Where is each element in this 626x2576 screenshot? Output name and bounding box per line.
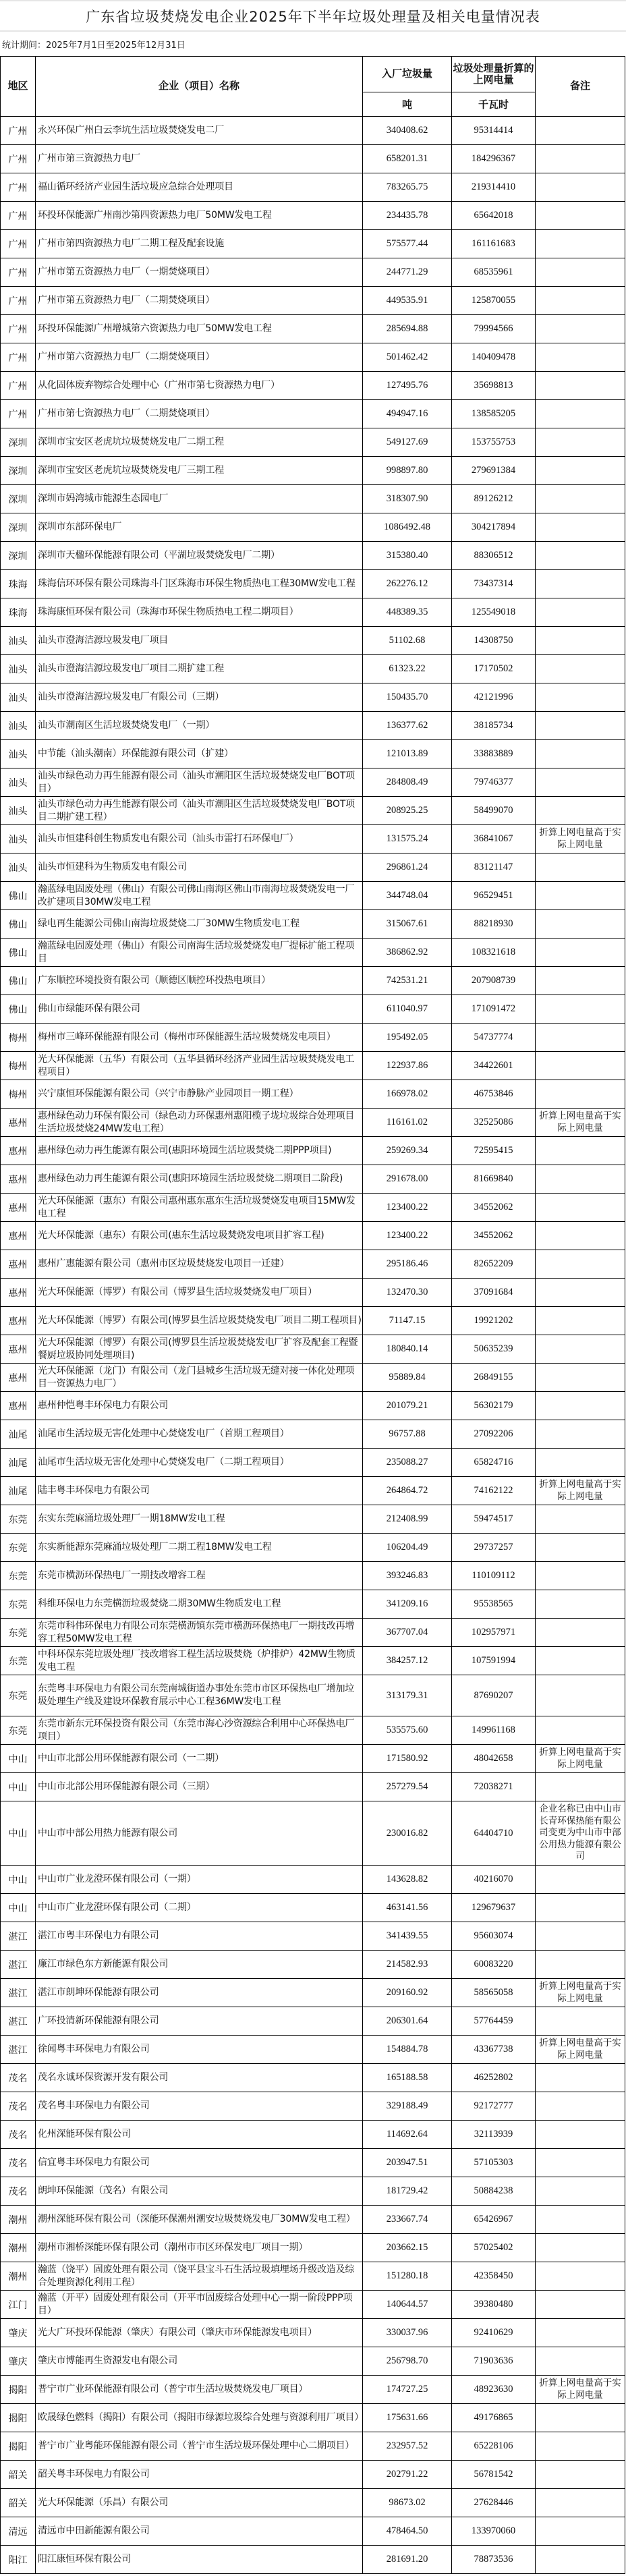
- enterprise-name-cell: 汕头市潮南区生活垃圾焚烧发电厂（一期）: [36, 712, 363, 740]
- grid-power-cell: 17170502: [452, 655, 536, 683]
- spreadsheet: 广东省垃圾焚烧发电企业2025年下半年垃圾处理量及相关电量情况表 统计期间：20…: [0, 0, 626, 2574]
- waste-tonnage-cell: 136377.62: [363, 712, 452, 740]
- region-cell: 东莞: [1, 1505, 36, 1534]
- remark-cell: [536, 1137, 625, 1165]
- enterprise-name-cell: 深圳市宝安区老虎坑垃圾焚烧发电厂三期工程: [36, 457, 363, 485]
- remark-cell: [536, 2404, 625, 2432]
- grid-power-cell: 50635239: [452, 1335, 536, 1364]
- enterprise-name-cell: 潮州市湘桥深能环保有限公司（潮州市市区环保发电厂项目一期）: [36, 2234, 363, 2262]
- enterprise-name-cell: 茂名永诚环保资源开发有限公司: [36, 2064, 363, 2092]
- waste-tonnage-cell: 330037.96: [363, 2319, 452, 2347]
- grid-power-cell: 149961168: [452, 1716, 536, 1745]
- region-cell: 惠州: [1, 1335, 36, 1364]
- enterprise-name-cell: 中山市广业龙澄环保有限公司（二期）: [36, 1894, 363, 1922]
- waste-tonnage-cell: 658201.31: [363, 145, 452, 173]
- remark-cell: [536, 1773, 625, 1801]
- region-cell: 东莞: [1, 1590, 36, 1619]
- waste-tonnage-cell: 201079.21: [363, 1392, 452, 1420]
- enterprise-name-cell: 中山市广业龙澄环保有限公司（一期）: [36, 1866, 363, 1894]
- region-cell: 广州: [1, 372, 36, 400]
- waste-tonnage-cell: 535575.60: [363, 1716, 452, 1745]
- table-row: 汕头汕头市澄海洁源垃圾发电厂有限公司（三期）150435.7042121996: [1, 683, 625, 712]
- table-row: 湛江徐闻粤丰环保电力有限公司154884.7843367738折算上网电量高于实…: [1, 2036, 625, 2064]
- enterprise-name-cell: 光大环保能源（惠东）有限公司惠州惠东惠东生活垃圾焚烧发电项目15MW发电工程: [36, 1194, 363, 1222]
- waste-tonnage-cell: 214582.93: [363, 1951, 452, 1979]
- grid-power-cell: 48923630: [452, 2376, 536, 2404]
- waste-tonnage-cell: 143628.82: [363, 1866, 452, 1894]
- remark-cell: 折算上网电量高于实际上网电量: [536, 2036, 625, 2064]
- waste-tonnage-cell: 98673.02: [363, 2489, 452, 2517]
- remark-cell: [536, 2177, 625, 2206]
- remark-cell: [536, 2149, 625, 2177]
- region-cell: 广州: [1, 287, 36, 315]
- table-row: 潮州潮州深能环保有限公司（深能环保潮州潮安垃圾焚烧发电厂30MW发电工程）233…: [1, 2206, 625, 2234]
- grid-power-cell: 74162122: [452, 1477, 536, 1505]
- table-row: 揭阳普宁市广业环保能源有限公司（普宁市生活垃圾焚烧发电厂项目）174727.25…: [1, 2376, 625, 2404]
- enterprise-name-cell: 韶关粤丰环保电力有限公司: [36, 2461, 363, 2489]
- remark-cell: [536, 287, 625, 315]
- region-cell: 惠州: [1, 1250, 36, 1279]
- grid-power-cell: 56781542: [452, 2461, 536, 2489]
- waste-tonnage-cell: 181729.42: [363, 2177, 452, 2206]
- remark-cell: [536, 1335, 625, 1364]
- enterprise-name-cell: 环投环保能源广州南沙第四资源热力电厂50MW发电工程: [36, 202, 363, 230]
- remark-cell: 折算上网电量高于实际上网电量: [536, 1477, 625, 1505]
- remark-cell: [536, 1250, 625, 1279]
- region-cell: 广州: [1, 230, 36, 258]
- table-row: 佛山瀚蓝绿电固废处理（佛山）有限公司南海生活垃圾焚烧发电厂提标扩能工程项目386…: [1, 939, 625, 967]
- grid-power-cell: 19921202: [452, 1307, 536, 1335]
- region-cell: 佛山: [1, 939, 36, 967]
- grid-power-cell: 65426967: [452, 2206, 536, 2234]
- waste-tonnage-cell: 295186.46: [363, 1250, 452, 1279]
- grid-power-cell: 133970060: [452, 2517, 536, 2546]
- enterprise-name-cell: 汕头市澄海洁源垃圾发电厂有限公司（三期）: [36, 683, 363, 712]
- waste-tonnage-cell: 448389.35: [363, 598, 452, 627]
- enterprise-name-cell: 光大环保能源（乐昌）有限公司: [36, 2489, 363, 2517]
- enterprise-name-cell: 深圳市宝安区老虎坑垃圾焚烧发电厂二期工程: [36, 428, 363, 457]
- waste-tonnage-cell: 284808.49: [363, 768, 452, 797]
- enterprise-name-cell: 肇庆市博能再生资源发电有限公司: [36, 2347, 363, 2376]
- enterprise-name-cell: 普宁市广业粤能环保能源有限公司（普宁市生活垃圾环保处理中心二期项目）: [36, 2432, 363, 2461]
- grid-power-cell: 48042658: [452, 1745, 536, 1773]
- table-row: 深圳深圳市宝安区老虎坑垃圾焚烧发电厂二期工程549127.69153755753: [1, 428, 625, 457]
- grid-power-cell: 95314414: [452, 117, 536, 145]
- table-row: 广州从化固体废弃物综合处理中心（广州市第七资源热力电厂）127495.76356…: [1, 372, 625, 400]
- remark-cell: [536, 1024, 625, 1052]
- table-row: 潮州潮州市湘桥深能环保有限公司（潮州市市区环保发电厂项目一期）203662.15…: [1, 2234, 625, 2262]
- enterprise-name-cell: 徐闻粤丰环保电力有限公司: [36, 2036, 363, 2064]
- grid-power-cell: 26849155: [452, 1364, 536, 1392]
- region-cell: 广州: [1, 343, 36, 372]
- enterprise-name-cell: 光大环保能源（博罗）有限公司(博罗县生活垃圾焚烧发电厂项目二期工程项目): [36, 1307, 363, 1335]
- table-row: 惠州光大环保能源（博罗）有限公司(博罗县生活垃圾焚烧发电厂项目二期工程项目)71…: [1, 1307, 625, 1335]
- grid-power-cell: 32525086: [452, 1109, 536, 1137]
- table-row: 茂名朗坤环保能源（茂名）有限公司181729.4250884238: [1, 2177, 625, 2206]
- waste-tonnage-cell: 244771.29: [363, 258, 452, 287]
- grid-power-cell: 57764459: [452, 2007, 536, 2036]
- remark-cell: [536, 1534, 625, 1562]
- enterprise-name-cell: 光大环保能源（五华）有限公司（五华县循环经济产业园生活垃圾焚烧发电工程项目）: [36, 1052, 363, 1080]
- waste-tonnage-cell: 449535.91: [363, 287, 452, 315]
- region-cell: 惠州: [1, 1165, 36, 1194]
- grid-power-cell: 57105303: [452, 2149, 536, 2177]
- remark-cell: [536, 117, 625, 145]
- enterprise-name-cell: 光大环保能源（龙门）有限公司（龙门县城乡生活垃圾无缝对接一体化处理项目一资源热力…: [36, 1364, 363, 1392]
- waste-tonnage-cell: 174727.25: [363, 2376, 452, 2404]
- region-cell: 深圳: [1, 485, 36, 513]
- region-cell: 东莞: [1, 1619, 36, 1647]
- enterprise-name-cell: 广州市第三资源热力电厂: [36, 145, 363, 173]
- enterprise-name-cell: 惠州绿色动力再生能源有限公司(惠阳环境园生活垃圾焚烧二期PPP项目): [36, 1137, 363, 1165]
- table-row: 东莞东莞粤丰环保电力有限公司东莞南城街道办事处东莞市市区环保热电厂增加垃圾处理生…: [1, 1675, 625, 1716]
- waste-tonnage-cell: 71147.15: [363, 1307, 452, 1335]
- grid-power-cell: 37091684: [452, 1279, 536, 1307]
- region-cell: 茂名: [1, 2177, 36, 2206]
- waste-tonnage-cell: 611040.97: [363, 995, 452, 1024]
- waste-tonnage-cell: 132470.30: [363, 1279, 452, 1307]
- table-row: 东莞中科环保东莞垃圾处理厂技改增容工程生活垃圾焚烧（炉排炉）42MW生物质发电工…: [1, 1647, 625, 1675]
- waste-tonnage-cell: 232957.52: [363, 2432, 452, 2461]
- table-row: 珠海珠海康恒环保有限公司（珠海市环保生物质热电工程二期项目）448389.351…: [1, 598, 625, 627]
- grid-power-cell: 92172777: [452, 2092, 536, 2121]
- enterprise-name-cell: 梅州市三峰环保能源有限公司（梅州市环保能源生活垃圾焚烧发电项目）: [36, 1024, 363, 1052]
- waste-tonnage-cell: 291678.00: [363, 1165, 452, 1194]
- enterprise-name-cell: 瀚蓝绿电固废处理（佛山）有限公司佛山南海区佛山市南海垃圾焚烧发电一厂改扩建项目3…: [36, 882, 363, 910]
- region-cell: 汕头: [1, 627, 36, 655]
- period-row: 统计期间：2025年7月1日至2025年12月31日: [0, 32, 626, 56]
- table-row: 广州广州市第六资源热力电厂（二期焚烧项目）501462.42140409478: [1, 343, 625, 372]
- header-region: 地区: [1, 57, 36, 117]
- grid-power-cell: 72595415: [452, 1137, 536, 1165]
- grid-power-cell: 125870055: [452, 287, 536, 315]
- enterprise-name-cell: 广州市第四资源热力电厂二期工程及配套设施: [36, 230, 363, 258]
- table-row: 深圳深圳市妈湾城市能源生态园电厂318307.9089126212: [1, 485, 625, 513]
- grid-power-cell: 92410629: [452, 2319, 536, 2347]
- remark-cell: [536, 1222, 625, 1250]
- table-row: 东莞东实新能源东莞麻涌垃圾处理厂二期工程18MW发电工程106204.49297…: [1, 1534, 625, 1562]
- table-row: 东莞东莞市横沥环保热电厂一期技改增容工程393246.83110109112: [1, 1562, 625, 1590]
- remark-cell: [536, 372, 625, 400]
- region-cell: 东莞: [1, 1534, 36, 1562]
- table-row: 汕尾汕尾市生活垃圾无害化处理中心焚烧发电厂（二期工程项目）235088.2765…: [1, 1449, 625, 1477]
- enterprise-name-cell: 深圳市天楹环保能源有限公司（平湖垃圾焚烧发电厂二期）: [36, 542, 363, 570]
- waste-tonnage-cell: 367707.04: [363, 1619, 452, 1647]
- remark-cell: [536, 230, 625, 258]
- header-waste: 入厂垃圾量: [363, 57, 452, 92]
- grid-power-cell: 304217894: [452, 513, 536, 542]
- remark-cell: [536, 939, 625, 967]
- grid-power-cell: 33883889: [452, 740, 536, 768]
- table-row: 梅州梅州市三峰环保能源有限公司（梅州市环保能源生活垃圾焚烧发电项目）195492…: [1, 1024, 625, 1052]
- enterprise-name-cell: 陆丰粤丰环保电力有限公司: [36, 1477, 363, 1505]
- grid-power-cell: 58499070: [452, 797, 536, 825]
- waste-tonnage-cell: 171580.92: [363, 1745, 452, 1773]
- remark-cell: [536, 1675, 625, 1716]
- enterprise-name-cell: 绿电再生能源公司佛山南海垃圾焚烧二厂30MW生物质发电工程: [36, 910, 363, 939]
- region-cell: 揭阳: [1, 2376, 36, 2404]
- header-name: 企业（项目）名称: [36, 57, 363, 117]
- region-cell: 惠州: [1, 1109, 36, 1137]
- waste-tonnage-cell: 313179.31: [363, 1675, 452, 1716]
- region-cell: 湛江: [1, 1951, 36, 1979]
- region-cell: 惠州: [1, 1137, 36, 1165]
- enterprise-name-cell: 清远市中田新能源有限公司: [36, 2517, 363, 2546]
- waste-tonnage-cell: 549127.69: [363, 428, 452, 457]
- enterprise-name-cell: 广环投清新环保能源有限公司: [36, 2007, 363, 2036]
- region-cell: 东莞: [1, 1647, 36, 1675]
- waste-tonnage-cell: 114692.64: [363, 2121, 452, 2149]
- remark-cell: [536, 173, 625, 202]
- remark-cell: [536, 882, 625, 910]
- region-cell: 茂名: [1, 2092, 36, 2121]
- remark-cell: [536, 598, 625, 627]
- table-row: 惠州惠州广惠能源有限公司（惠州市区垃圾焚烧发电项目一迁建）295186.4682…: [1, 1250, 625, 1279]
- waste-tonnage-cell: 195492.05: [363, 1024, 452, 1052]
- grid-power-cell: 34552062: [452, 1222, 536, 1250]
- waste-tonnage-cell: 315067.61: [363, 910, 452, 939]
- waste-tonnage-cell: 230016.82: [363, 1801, 452, 1866]
- enterprise-name-cell: 深圳市妈湾城市能源生态园电厂: [36, 485, 363, 513]
- remark-cell: [536, 1866, 625, 1894]
- region-cell: 汕头: [1, 853, 36, 882]
- region-cell: 揭阳: [1, 2404, 36, 2432]
- remark-cell: [536, 570, 625, 598]
- enterprise-name-cell: 惠州绿色动力再生能源有限公司(惠阳环境园生活垃圾焚烧二期项目二阶段): [36, 1165, 363, 1194]
- waste-tonnage-cell: 203662.15: [363, 2234, 452, 2262]
- header-power: 垃圾处理量折算的上网电量: [452, 57, 536, 92]
- enterprise-name-cell: 惠州仲恺粤丰环保电力有限公司: [36, 1392, 363, 1420]
- grid-power-cell: 140409478: [452, 343, 536, 372]
- remark-cell: [536, 2461, 625, 2489]
- enterprise-name-cell: 环投环保能源广州增城第六资源热力电厂50MW发电工程: [36, 315, 363, 343]
- remark-cell: [536, 1279, 625, 1307]
- table-row: 茂名茂名粤丰环保电力有限公司329188.4992172777: [1, 2092, 625, 2121]
- waste-tonnage-cell: 203947.51: [363, 2149, 452, 2177]
- remark-cell: [536, 627, 625, 655]
- waste-tonnage-cell: 206301.64: [363, 2007, 452, 2036]
- grid-power-cell: 27092206: [452, 1420, 536, 1449]
- table-row: 肇庆肇庆市博能再生资源发电有限公司256798.7071903636: [1, 2347, 625, 2376]
- grid-power-cell: 73437314: [452, 570, 536, 598]
- grid-power-cell: 87690207: [452, 1675, 536, 1716]
- region-cell: 韶关: [1, 2461, 36, 2489]
- waste-tonnage-cell: 393246.83: [363, 1562, 452, 1590]
- enterprise-name-cell: 汕头市绿色动力再生能源有限公司（汕头市潮阳区生活垃圾焚烧发电厂BOT项目）: [36, 768, 363, 797]
- remark-cell: [536, 995, 625, 1024]
- remark-cell: [536, 2489, 625, 2517]
- waste-tonnage-cell: 106204.49: [363, 1534, 452, 1562]
- waste-tonnage-cell: 234435.78: [363, 202, 452, 230]
- enterprise-name-cell: 汕尾市生活垃圾无害化处理中心焚烧发电厂（首期工程项目）: [36, 1420, 363, 1449]
- remark-cell: [536, 1392, 625, 1420]
- waste-tonnage-cell: 281691.20: [363, 2546, 452, 2574]
- waste-tonnage-cell: 209160.92: [363, 1979, 452, 2007]
- enterprise-name-cell: 汕头市澄海洁源垃圾发电厂项目: [36, 627, 363, 655]
- enterprise-name-cell: 湛江市朗坤环保能源有限公司: [36, 1979, 363, 2007]
- region-cell: 惠州: [1, 1194, 36, 1222]
- table-row: 佛山瀚蓝绿电固废处理（佛山）有限公司佛山南海区佛山市南海垃圾焚烧发电一厂改扩建项…: [1, 882, 625, 910]
- waste-tonnage-cell: 166978.02: [363, 1080, 452, 1109]
- region-cell: 广州: [1, 145, 36, 173]
- waste-tonnage-cell: 1086492.48: [363, 513, 452, 542]
- remark-cell: [536, 542, 625, 570]
- waste-tonnage-cell: 340408.62: [363, 117, 452, 145]
- grid-power-cell: 50884238: [452, 2177, 536, 2206]
- remark-cell: [536, 2262, 625, 2291]
- region-cell: 深圳: [1, 428, 36, 457]
- region-cell: 佛山: [1, 967, 36, 995]
- remark-cell: [536, 2234, 625, 2262]
- grid-power-cell: 27628446: [452, 2489, 536, 2517]
- remark-cell: [536, 768, 625, 797]
- waste-tonnage-cell: 501462.42: [363, 343, 452, 372]
- enterprise-name-cell: 广州市第六资源热力电厂（二期焚烧项目）: [36, 343, 363, 372]
- enterprise-name-cell: 东实东莞麻涌垃圾处理厂一期18MW发电工程: [36, 1505, 363, 1534]
- enterprise-name-cell: 兴宁康恒环保能源有限公司（兴宁市静脉产业园项目一期工程）: [36, 1080, 363, 1109]
- region-cell: 阳江: [1, 2546, 36, 2574]
- remark-cell: [536, 740, 625, 768]
- table-row: 惠州光大环保能源（龙门）有限公司（龙门县城乡生活垃圾无缝对接一体化处理项目一资源…: [1, 1364, 625, 1392]
- enterprise-name-cell: 东莞市科伟环保电力有限公司东莞横沥镇东莞市横沥环保热电厂一期技改再增容工程50M…: [36, 1619, 363, 1647]
- remark-cell: [536, 1449, 625, 1477]
- table-row: 江门瀚蓝（开平）固废处理有限公司（开平市固废综合处理中心一期一阶段PPP项目）1…: [1, 2291, 625, 2319]
- remark-cell: [536, 2121, 625, 2149]
- grid-power-cell: 59474517: [452, 1505, 536, 1534]
- table-row: 广州环投环保能源广州增城第六资源热力电厂50MW发电工程285694.88799…: [1, 315, 625, 343]
- enterprise-name-cell: 深圳市东部环保电厂: [36, 513, 363, 542]
- region-cell: 汕头: [1, 825, 36, 853]
- grid-power-cell: 65228106: [452, 2432, 536, 2461]
- waste-tonnage-cell: 154884.78: [363, 2036, 452, 2064]
- grid-power-cell: 38185734: [452, 712, 536, 740]
- grid-power-cell: 46252802: [452, 2064, 536, 2092]
- region-cell: 潮州: [1, 2206, 36, 2234]
- waste-tonnage-cell: 783265.75: [363, 173, 452, 202]
- table-row: 广州广州市第五资源热力电厂（一期焚烧项目）244771.2968535961: [1, 258, 625, 287]
- remark-cell: [536, 2092, 625, 2121]
- remark-cell: 折算上网电量高于实际上网电量: [536, 1745, 625, 1773]
- region-cell: 梅州: [1, 1052, 36, 1080]
- waste-tonnage-cell: 478464.50: [363, 2517, 452, 2546]
- region-cell: 潮州: [1, 2262, 36, 2291]
- region-cell: 广州: [1, 173, 36, 202]
- remark-cell: [536, 400, 625, 428]
- waste-tonnage-cell: 296861.24: [363, 853, 452, 882]
- remark-cell: [536, 712, 625, 740]
- grid-power-cell: 54737774: [452, 1024, 536, 1052]
- remark-cell: [536, 967, 625, 995]
- enterprise-name-cell: 瀚蓝（饶平）固废处理有限公司（饶平县宝斗石生活垃圾填埋场升级改造及综合处理资源化…: [36, 2262, 363, 2291]
- region-cell: 汕头: [1, 712, 36, 740]
- enterprise-name-cell: 福山循环经济产业园生活垃圾应急综合处理项目: [36, 173, 363, 202]
- enterprise-name-cell: 光大广环投环保能源（肇庆）有限公司（肇庆市环保能源发电项目）: [36, 2319, 363, 2347]
- table-row: 阳江阳江康恒环保有限公司281691.2078873536: [1, 2546, 625, 2574]
- enterprise-name-cell: 光大环保能源（惠东）有限公司(惠东生活垃圾焚烧发电项目扩容工程): [36, 1222, 363, 1250]
- waste-tonnage-cell: 386862.92: [363, 939, 452, 967]
- title-row: 广东省垃圾焚烧发电企业2025年下半年垃圾处理量及相关电量情况表: [0, 0, 626, 32]
- waste-tonnage-cell: 127495.76: [363, 372, 452, 400]
- remark-cell: [536, 2546, 625, 2574]
- enterprise-name-cell: 汕头市绿色动力再生能源有限公司（汕头市潮阳区生活垃圾焚烧发电厂BOT项目二期扩建…: [36, 797, 363, 825]
- enterprise-name-cell: 阳江康恒环保有限公司: [36, 2546, 363, 2574]
- waste-tonnage-cell: 315380.40: [363, 542, 452, 570]
- grid-power-cell: 207908739: [452, 967, 536, 995]
- waste-tonnage-cell: 262276.12: [363, 570, 452, 598]
- header-waste-unit: 吨: [363, 92, 452, 117]
- enterprise-name-cell: 汕头市恒建科为生物质发电有限公司: [36, 853, 363, 882]
- remark-cell: [536, 683, 625, 712]
- grid-power-cell: 65642018: [452, 202, 536, 230]
- waste-tonnage-cell: 341439.55: [363, 1922, 452, 1951]
- table-row: 深圳深圳市宝安区老虎坑垃圾焚烧发电厂三期工程998897.80279691384: [1, 457, 625, 485]
- table-row: 湛江广环投清新环保能源有限公司206301.6457764459: [1, 2007, 625, 2036]
- remark-cell: [536, 457, 625, 485]
- waste-tonnage-cell: 742531.21: [363, 967, 452, 995]
- grid-power-cell: 95603074: [452, 1922, 536, 1951]
- enterprise-name-cell: 珠海康恒环保有限公司（珠海市环保生物质热电工程二期项目）: [36, 598, 363, 627]
- table-row: 中山中山市广业龙澄环保有限公司（一期）143628.8240216070: [1, 1866, 625, 1894]
- enterprise-name-cell: 惠州广惠能源有限公司（惠州市区垃圾焚烧发电项目一迁建）: [36, 1250, 363, 1279]
- waste-tonnage-cell: 212408.99: [363, 1505, 452, 1534]
- remark-cell: [536, 1951, 625, 1979]
- grid-power-cell: 88306512: [452, 542, 536, 570]
- waste-tonnage-cell: 257279.54: [363, 1773, 452, 1801]
- enterprise-name-cell: 广州市第七资源热力电厂（二期焚烧项目）: [36, 400, 363, 428]
- grid-power-cell: 14308750: [452, 627, 536, 655]
- grid-power-cell: 83121147: [452, 853, 536, 882]
- grid-power-cell: 79746377: [452, 768, 536, 797]
- table-row: 中山中山市中部公用热力能源有限公司230016.8264404710企业名称已由…: [1, 1801, 625, 1866]
- waste-tonnage-cell: 51102.68: [363, 627, 452, 655]
- waste-tonnage-cell: 151280.18: [363, 2262, 452, 2291]
- waste-tonnage-cell: 208925.25: [363, 797, 452, 825]
- waste-tonnage-cell: 175631.66: [363, 2404, 452, 2432]
- waste-tonnage-cell: 259269.34: [363, 1137, 452, 1165]
- enterprise-name-cell: 汕尾市生活垃圾无害化处理中心焚烧发电厂（二期工程项目）: [36, 1449, 363, 1477]
- table-row: 珠海珠海信环环保有限公司珠海斗门区珠海市环保生物质热电工程30MW发电工程262…: [1, 570, 625, 598]
- region-cell: 汕尾: [1, 1420, 36, 1449]
- table-row: 汕尾汕尾市生活垃圾无害化处理中心焚烧发电厂（首期工程项目）96757.88270…: [1, 1420, 625, 1449]
- remark-cell: [536, 2517, 625, 2546]
- remark-cell: [536, 1505, 625, 1534]
- remark-cell: [536, 853, 625, 882]
- remark-cell: [536, 2432, 625, 2461]
- waste-tonnage-cell: 116161.02: [363, 1109, 452, 1137]
- enterprise-name-cell: 东莞粤丰环保电力有限公司东莞南城街道办事处东莞市市区环保热电厂增加垃圾处理生产线…: [36, 1675, 363, 1716]
- remark-cell: [536, 1562, 625, 1590]
- remark-cell: [536, 485, 625, 513]
- remark-cell: [536, 1052, 625, 1080]
- table-row: 惠州光大环保能源（惠东）有限公司惠州惠东惠东生活垃圾焚烧发电项目15MW发电工程…: [1, 1194, 625, 1222]
- grid-power-cell: 153755753: [452, 428, 536, 457]
- region-cell: 湛江: [1, 2036, 36, 2064]
- waste-tonnage-cell: 131575.24: [363, 825, 452, 853]
- table-row: 广州环投环保能源广州南沙第四资源热力电厂50MW发电工程234435.78656…: [1, 202, 625, 230]
- region-cell: 梅州: [1, 1080, 36, 1109]
- region-cell: 珠海: [1, 570, 36, 598]
- region-cell: 肇庆: [1, 2319, 36, 2347]
- remark-cell: [536, 428, 625, 457]
- remark-cell: [536, 1307, 625, 1335]
- enterprise-name-cell: 光大环保能源（博罗）有限公司(博罗县生活垃圾焚烧发电厂扩容及配套工程暨餐厨垃圾协…: [36, 1335, 363, 1364]
- enterprise-name-cell: 广州市第五资源热力电厂（二期焚烧项目）: [36, 287, 363, 315]
- enterprise-name-cell: 茂名粤丰环保电力有限公司: [36, 2092, 363, 2121]
- region-cell: 惠州: [1, 1307, 36, 1335]
- region-cell: 中山: [1, 1801, 36, 1866]
- grid-power-cell: 43367738: [452, 2036, 536, 2064]
- remark-cell: [536, 655, 625, 683]
